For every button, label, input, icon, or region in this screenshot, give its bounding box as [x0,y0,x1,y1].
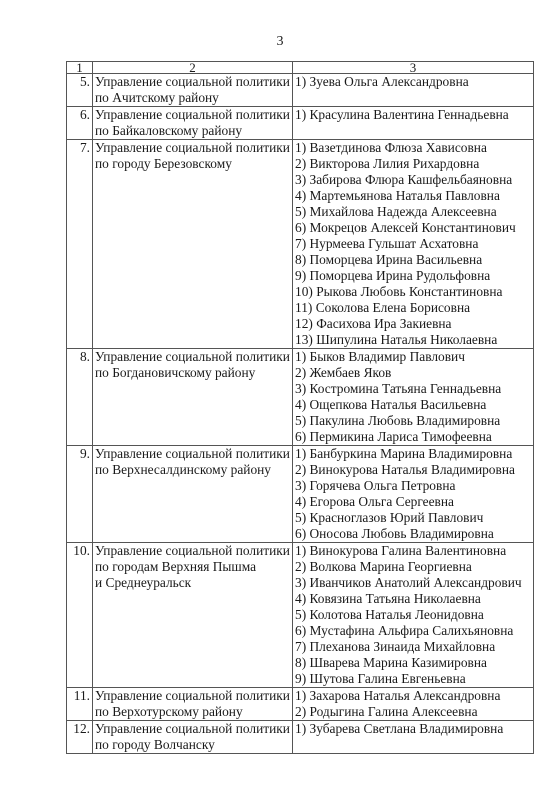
table-row: 7.Управление социальной политикипо город… [67,140,534,349]
person-name: 6) Мокрецов Алексей Константинович [295,220,531,236]
person-name: 4) Мартемьянова Наталья Павловна [295,188,531,204]
person-name: 11) Соколова Елена Борисовна [295,300,531,316]
department-line: Управление социальной политики [95,446,290,462]
row-number: 8. [67,349,93,446]
column-header: 2 [93,62,293,74]
table-header-row: 1 2 3 [67,62,534,74]
person-name: 6) Мустафина Альфира Салихьяновна [295,623,531,639]
people-cell: 1) Банбуркина Марина Владимировна2) Вино… [293,446,534,543]
department-line: Управление социальной политики [95,349,290,365]
department-line: Управление социальной политики [95,721,290,737]
department-line: по Верхотурскому району [95,704,290,720]
row-number: 9. [67,446,93,543]
department-line: Управление социальной политики [95,140,290,156]
person-name: 7) Нурмеева Гульшат Асхатовна [295,236,531,252]
person-name: 4) Ощепкова Наталья Васильевна [295,397,531,413]
person-name: 9) Шутова Галина Евгеньевна [295,671,531,687]
column-header: 3 [293,62,534,74]
person-name: 4) Ковязина Татьяна Николаевна [295,591,531,607]
table-row: 5.Управление социальной политикипо Ачитс… [67,74,534,107]
person-name: 1) Быков Владимир Павлович [295,349,531,365]
person-name: 1) Зуева Ольга Александровна [295,74,531,90]
person-name: 5) Пакулина Любовь Владимировна [295,413,531,429]
person-name: 2) Викторова Лилия Рихардовна [295,156,531,172]
person-name: 1) Винокурова Галина Валентиновна [295,543,531,559]
person-name: 1) Зубарева Светлана Владимировна [295,721,531,737]
person-name: 13) Шипулина Наталья Николаевна [295,332,531,348]
department-cell: Управление социальной политикипо Байкало… [93,107,293,140]
person-name: 2) Волкова Марина Георгиевна [295,559,531,575]
people-cell: 1) Зубарева Светлана Владимировна [293,721,534,754]
row-number: 11. [67,688,93,721]
people-cell: 1) Зуева Ольга Александровна [293,74,534,107]
person-name: 7) Плеханова Зинаида Михайловна [295,639,531,655]
department-line: по городу Березовскому [95,156,290,172]
person-name: 1) Банбуркина Марина Владимировна [295,446,531,462]
department-line: Управление социальной политики [95,74,290,90]
person-name: 6) Пермикина Лариса Тимофеевна [295,429,531,445]
row-number: 7. [67,140,93,349]
row-number: 5. [67,74,93,107]
person-name: 1) Вазетдинова Флюза Хависовна [295,140,531,156]
people-cell: 1) Винокурова Галина Валентиновна2) Волк… [293,543,534,688]
people-cell: 1) Красулина Валентина Геннадьевна [293,107,534,140]
person-name: 2) Родыгина Галина Алексеевна [295,704,531,720]
department-cell: Управление социальной политикипо Верхоту… [93,688,293,721]
person-name: 12) Фасихова Ира Закиевна [295,316,531,332]
person-name: 3) Забирова Флюра Кашфельбаяновна [295,172,531,188]
person-name: 4) Егорова Ольга Сергеевна [295,494,531,510]
people-cell: 1) Вазетдинова Флюза Хависовна2) Викторо… [293,140,534,349]
department-line: Управление социальной политики [95,688,290,704]
department-line: по Байкаловскому району [95,123,290,139]
department-line: по Богдановичскому району [95,365,290,381]
person-name: 5) Колотова Наталья Леонидовна [295,607,531,623]
table-row: 6.Управление социальной политикипо Байка… [67,107,534,140]
person-name: 10) Рыкова Любовь Константиновна [295,284,531,300]
person-name: 3) Иванчиков Анатолий Александрович [295,575,531,591]
person-name: 2) Жембаев Яков [295,365,531,381]
department-line: по городам Верхняя Пышма [95,559,290,575]
department-line: по Ачитскому району [95,90,290,106]
person-name: 2) Винокурова Наталья Владимировна [295,462,531,478]
department-cell: Управление социальной политикипо городам… [93,543,293,688]
person-name: 6) Оносова Любовь Владимировна [295,526,531,542]
person-name: 5) Красноглазов Юрий Павлович [295,510,531,526]
table-row: 9.Управление социальной политикипо Верхн… [67,446,534,543]
table-row: 8.Управление социальной политикипо Богда… [67,349,534,446]
person-name: 8) Поморцева Ирина Васильевна [295,252,531,268]
person-name: 1) Красулина Валентина Геннадьевна [295,107,531,123]
department-line: по Верхнесалдинскому району [95,462,290,478]
department-line: и Среднеуральск [95,575,290,591]
person-name: 1) Захарова Наталья Александровна [295,688,531,704]
person-name: 9) Поморцева Ирина Рудольфовна [295,268,531,284]
table-row: 11.Управление социальной политикипо Верх… [67,688,534,721]
department-cell: Управление социальной политикипо Верхнес… [93,446,293,543]
table-row: 12.Управление социальной политикипо горо… [67,721,534,754]
people-cell: 1) Захарова Наталья Александровна2) Роды… [293,688,534,721]
row-number: 6. [67,107,93,140]
department-line: Управление социальной политики [95,107,290,123]
person-name: 8) Шварева Марина Казимировна [295,655,531,671]
department-cell: Управление социальной политикипо городу … [93,140,293,349]
page-number: 3 [0,34,560,50]
department-cell: Управление социальной политикипо Богдано… [93,349,293,446]
table-row: 10.Управление социальной политикипо горо… [67,543,534,688]
department-cell: Управление социальной политикипо городу … [93,721,293,754]
staff-table: 1 2 3 5.Управление социальной политикипо… [66,61,534,754]
department-line: Управление социальной политики [95,543,290,559]
column-header: 1 [67,62,93,74]
row-number: 12. [67,721,93,754]
department-line: по городу Волчанску [95,737,290,753]
person-name: 5) Михайлова Надежда Алексеевна [295,204,531,220]
row-number: 10. [67,543,93,688]
person-name: 3) Горячева Ольга Петровна [295,478,531,494]
person-name: 3) Костромина Татьяна Геннадьевна [295,381,531,397]
department-cell: Управление социальной политикипо Ачитско… [93,74,293,107]
people-cell: 1) Быков Владимир Павлович2) Жембаев Яко… [293,349,534,446]
